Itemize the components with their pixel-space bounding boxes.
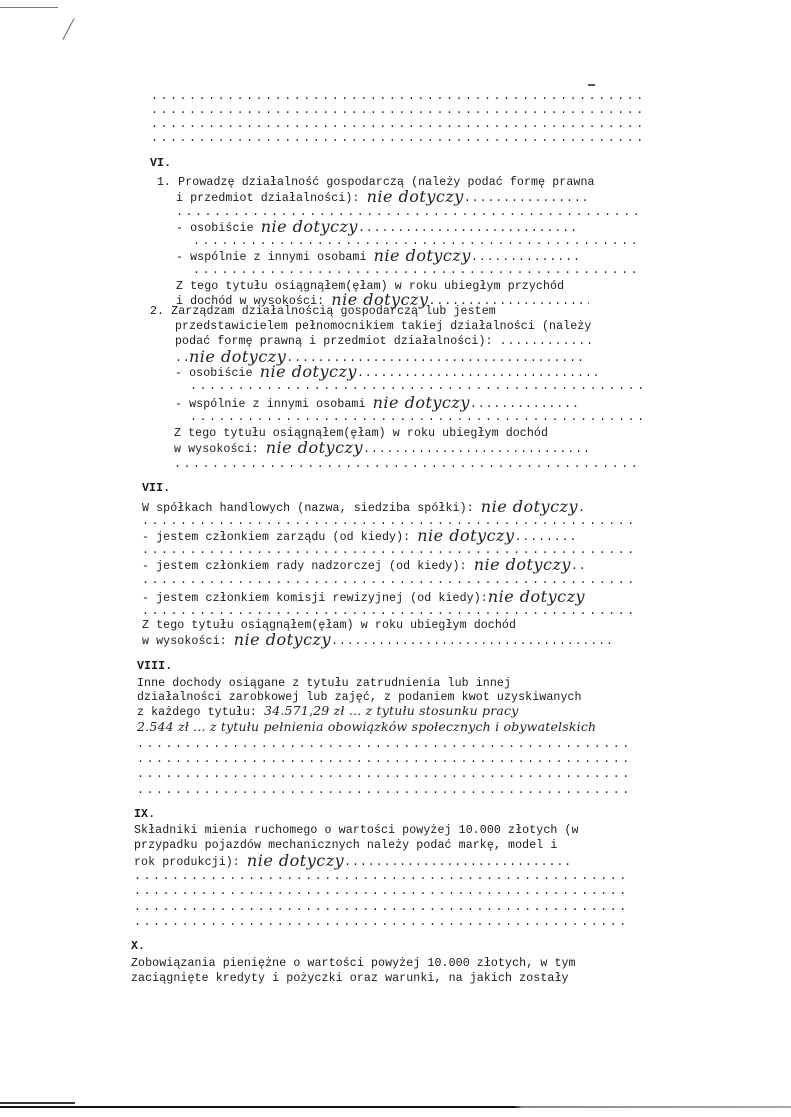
- handwritten-answer: nie dotyczy: [417, 529, 514, 543]
- section-heading-vii: VII.: [142, 482, 170, 496]
- income-label: w wysokości:: [142, 635, 234, 648]
- scan-artifact-pen-mark: [62, 18, 74, 40]
- viii-line1: Inne dochody osiągane z tytułu zatrudnie…: [137, 677, 511, 691]
- scan-artifact-top-line: [0, 7, 58, 8]
- ix-line2: przypadku pojazdów mechanicznych należy …: [134, 839, 557, 853]
- vi-item2-line1: 2. Zarządzam działalnością gospodarczą l…: [150, 305, 496, 319]
- x-line2: zaciągnięte kredyty i pożyczki oraz waru…: [131, 972, 569, 986]
- fill-dots: [515, 531, 575, 545]
- fill-line: [137, 784, 631, 798]
- ix-line1: Składniki mienia ruchomego o wartości po…: [134, 824, 579, 838]
- vi-item2-jointly: - wspólnie z innymi osobami nie dotyczy: [175, 395, 580, 412]
- scan-speck: [588, 84, 595, 86]
- handwritten-answer: nie dotyczy: [261, 220, 358, 234]
- vii-board: - jestem członkiem zarządu (od kiedy): n…: [142, 528, 575, 545]
- personally-label: - osobiście: [176, 222, 261, 235]
- handwritten-answer: nie dotyczy: [247, 854, 344, 868]
- section-heading-ix: IX.: [134, 808, 155, 822]
- viii-label: z każdego tytułu:: [137, 706, 264, 719]
- fill-line: [151, 118, 645, 132]
- handwritten-answer: 34.571,29 zł ... z tytułu stosunku pracy: [264, 703, 518, 718]
- viii-line3: z każdego tytułu: 34.571,29 zł ... z tyt…: [137, 704, 519, 720]
- fill-line: [137, 768, 631, 782]
- fill-dots: [344, 856, 574, 870]
- fill-dots: [363, 443, 593, 457]
- fill-line: [134, 901, 628, 915]
- section-heading-x: X.: [131, 940, 145, 954]
- vii-supervisory: - jestem członkiem rady nadzorczej (od k…: [142, 557, 585, 574]
- vi-item1-jointly: - wspólnie z innymi osobami nie dotyczy: [176, 248, 581, 265]
- supervisory-label: - jestem członkiem rady nadzorczej (od k…: [142, 560, 474, 573]
- companies-label: W spółkach handlowych (nazwa, siedziba s…: [142, 502, 481, 515]
- fill-line: [134, 870, 628, 884]
- jointly-label: - wspólnie z innymi osobami: [175, 398, 373, 411]
- vi-item2-line2: przedstawicielem pełnomocnikiem takiej d…: [175, 320, 591, 334]
- vii-income-line2: w wysokości: nie dotyczy: [142, 632, 611, 649]
- fill-dots: [464, 192, 589, 206]
- handwritten-answer: 2.544 zł ... z tytułu pełnienia obowiązk…: [137, 719, 596, 734]
- fill-line: [190, 411, 642, 425]
- ix-line3: rok produkcji): nie dotyczy: [134, 853, 574, 870]
- income-label: w wysokości:: [174, 443, 266, 456]
- scan-artifact-bottom-edge: [0, 1106, 791, 1108]
- section-heading-viii: VIII.: [137, 660, 172, 674]
- audit-label: - jestem członkiem komisji rewizyjnej (o…: [142, 592, 488, 605]
- handwritten-answer: nie dotyczy: [474, 558, 571, 572]
- fill-line: [142, 605, 637, 619]
- viii-answer-line2: 2.544 zł ... z tytułu pełnienia obowiązk…: [137, 720, 596, 736]
- handwritten-answer: nie dotyczy: [260, 365, 357, 379]
- handwritten-answer: nie dotyczy: [266, 441, 363, 455]
- vi-item1-personally: - osobiście nie dotyczy: [176, 219, 578, 236]
- handwritten-answer: nie dotyczy: [481, 500, 578, 514]
- fill-dots: [571, 560, 585, 574]
- scanned-form-page: VI. 1. Prowadzę działalność gospodarczą …: [0, 0, 791, 1117]
- fill-line: [193, 264, 642, 278]
- fill-line: [151, 90, 645, 104]
- vii-audit: - jestem członkiem komisji rewizyjnej (o…: [142, 589, 585, 606]
- jointly-label: - wspólnie z innymi osobami: [176, 251, 374, 264]
- fill-dots: [358, 222, 578, 236]
- fill-line: [142, 574, 637, 588]
- section-heading-vi: VI.: [150, 157, 171, 171]
- fill-line: [174, 458, 642, 472]
- vi-item1-line2: i przedmiot działalności): nie dotyczy: [176, 189, 589, 206]
- fill-dots: [470, 398, 580, 412]
- fill-line: [151, 104, 645, 118]
- fill-line: [137, 753, 631, 767]
- fill-dots: [331, 635, 611, 649]
- vii-companies: W spółkach handlowych (nazwa, siedziba s…: [142, 499, 586, 516]
- vi-item2-personally: - osobiście nie dotyczy: [175, 364, 597, 381]
- vi-item1-label: i przedmiot działalności):: [176, 192, 367, 205]
- fill-dots: [471, 251, 581, 265]
- scan-artifact-bottom-line: [0, 1102, 75, 1104]
- fill-line: [176, 206, 642, 220]
- fill-dots: [500, 335, 596, 349]
- fill-line: [151, 132, 645, 146]
- fill-line: [137, 738, 631, 752]
- handwritten-answer: nie dotyczy: [374, 249, 471, 263]
- vi-item2-income-line2: w wysokości: nie dotyczy: [174, 440, 593, 457]
- handwritten-answer: nie dotyczy: [373, 396, 470, 410]
- x-line1: Zobowiązania pieniężne o wartości powyże…: [131, 957, 576, 971]
- fill-line: [134, 916, 628, 930]
- ix-label: rok produkcji):: [134, 856, 247, 869]
- handwritten-answer: nie dotyczy: [367, 190, 464, 204]
- fill-dots: [357, 367, 597, 381]
- board-label: - jestem członkiem zarządu (od kiedy):: [142, 531, 417, 544]
- fill-line: [190, 380, 642, 394]
- handwritten-answer: nie dotyczy: [488, 590, 585, 604]
- fill-line: [134, 885, 628, 899]
- handwritten-answer: nie dotyczy: [234, 633, 331, 647]
- fill-line: [142, 515, 637, 529]
- personally-label: - osobiście: [175, 367, 260, 380]
- fill-dots: [578, 502, 586, 516]
